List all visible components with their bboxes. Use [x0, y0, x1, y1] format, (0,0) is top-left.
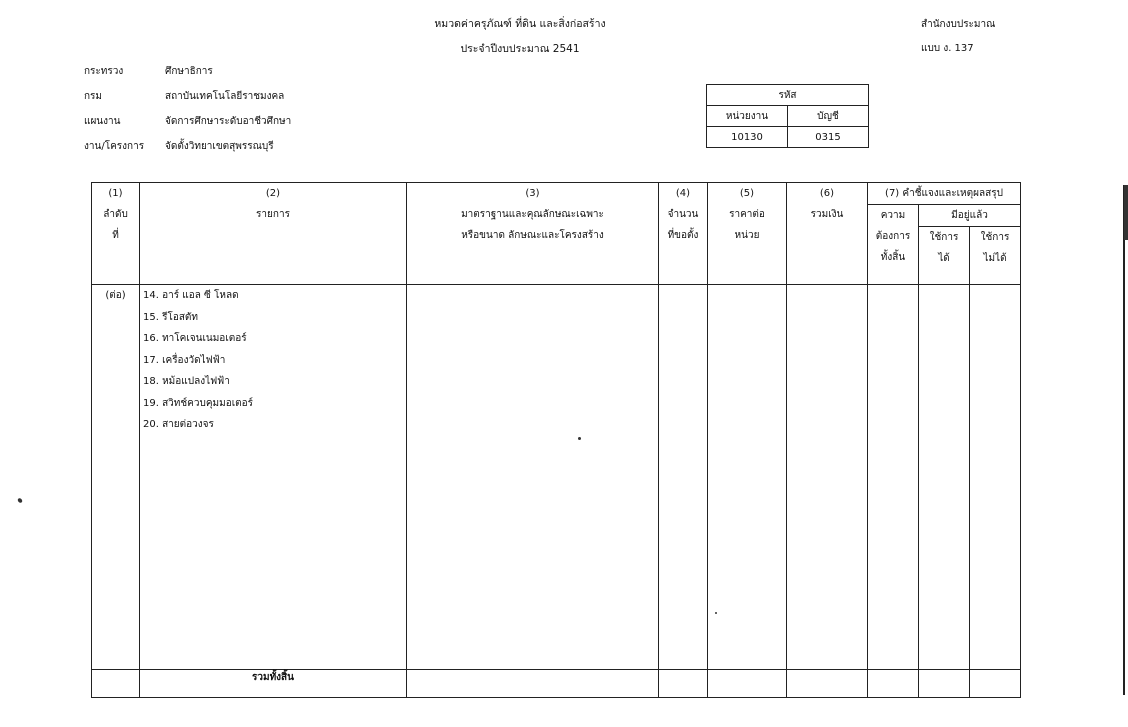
col-header-order: (1) ลำดับ ที่: [92, 183, 140, 285]
total-need-cell: [868, 285, 919, 670]
total-cell: [787, 285, 868, 670]
unusable-cell: [970, 285, 1021, 670]
agency-name: สำนักงบประมาณ: [921, 17, 995, 32]
col-header-item: (2) รายการ: [140, 183, 407, 285]
grand-total-label: รวมทั้งสิ้น: [140, 670, 407, 698]
col-header-unusable: ใช้การ ไม่ได้: [970, 227, 1021, 285]
spec-cell: [407, 285, 659, 670]
list-item: 15. รีโอสตัท: [140, 307, 406, 329]
plan-label: แผนงาน: [84, 114, 120, 129]
page-edge-line: [1123, 185, 1125, 695]
code-header: รหัส: [707, 85, 869, 106]
form-number: แบบ ง. 137: [921, 41, 974, 56]
total-row: รวมทั้งสิ้น: [92, 670, 1021, 698]
document-title: หมวดค่าครุภัณฑ์ ที่ดิน และสิ่งก่อสร้าง: [380, 15, 660, 32]
col-header-quantity: (4) จำนวน ที่ขอตั้ง: [659, 183, 708, 285]
quantity-cell: [659, 285, 708, 670]
col-header-existing: มีอยู่แล้ว: [919, 205, 1021, 227]
col-header-explanation: (7) คำชี้แจงและเหตุผลสรุป: [868, 183, 1021, 205]
total-row-need: [868, 670, 919, 698]
department-value: สถาบันเทคโนโลยีราชมงคล: [165, 89, 284, 104]
scan-speck: [17, 497, 23, 503]
project-value: จัดตั้งวิทยาเขตสุพรรณบุรี: [165, 139, 274, 154]
continued-marker-cell: (ต่อ): [92, 285, 140, 670]
continued-marker: (ต่อ): [92, 285, 139, 307]
col-header-total: (6) รวมเงิน: [787, 183, 868, 285]
list-item: 17. เครื่องวัดไฟฟ้า: [140, 350, 406, 372]
table-body-row: (ต่อ) 14. อาร์ แอล ซี โหลด 15. รีโอสตัท …: [92, 285, 1021, 670]
ministry-value: ศึกษาธิการ: [165, 64, 213, 79]
unit-code-label: หน่วยงาน: [707, 106, 788, 127]
total-row-unit-price: [708, 670, 787, 698]
total-row-usable: [919, 670, 970, 698]
scan-speck: [578, 437, 581, 440]
department-label: กรม: [84, 89, 102, 104]
col-header-total-need: ความ ต้องการ ทั้งสิ้น: [868, 205, 919, 285]
list-item: 16. ทาโคเจนเนมอเตอร์: [140, 328, 406, 350]
list-item: 14. อาร์ แอล ซี โหลด: [140, 285, 406, 307]
code-box: รหัส หน่วยงาน บัญชี 10130 0315: [706, 84, 869, 148]
fiscal-year: ประจำปีงบประมาณ 2541: [380, 40, 660, 57]
page-edge-mark: [1124, 185, 1128, 240]
unit-price-cell: [708, 285, 787, 670]
project-label: งาน/โครงการ: [84, 139, 144, 154]
col-header-unit-price: (5) ราคาต่อ หน่วย: [708, 183, 787, 285]
list-item: 19. สวิทช์ควบคุมมอเตอร์: [140, 393, 406, 415]
total-row-total: [787, 670, 868, 698]
plan-value: จัดการศึกษาระดับอาชีวศึกษา: [165, 114, 291, 129]
total-row-order: [92, 670, 140, 698]
usable-cell: [919, 285, 970, 670]
budget-table: (1) ลำดับ ที่ (2) รายการ (3) มาตราฐานและ…: [91, 182, 1021, 698]
list-item: 20. สายต่อวงจร: [140, 414, 406, 436]
total-row-unusable: [970, 670, 1021, 698]
account-code-label: บัญชี: [788, 106, 869, 127]
col-header-spec: (3) มาตราฐานและคุณลักษณะเฉพาะ หรือขนาด ล…: [407, 183, 659, 285]
items-cell: 14. อาร์ แอล ซี โหลด 15. รีโอสตัท 16. ทา…: [140, 285, 407, 670]
total-row-quantity: [659, 670, 708, 698]
unit-code-value: 10130: [707, 127, 788, 148]
scan-speck: [715, 612, 717, 614]
ministry-label: กระทรวง: [84, 64, 123, 79]
total-row-spec: [407, 670, 659, 698]
col-header-usable: ใช้การ ได้: [919, 227, 970, 285]
list-item: 18. หม้อแปลงไฟฟ้า: [140, 371, 406, 393]
account-code-value: 0315: [788, 127, 869, 148]
